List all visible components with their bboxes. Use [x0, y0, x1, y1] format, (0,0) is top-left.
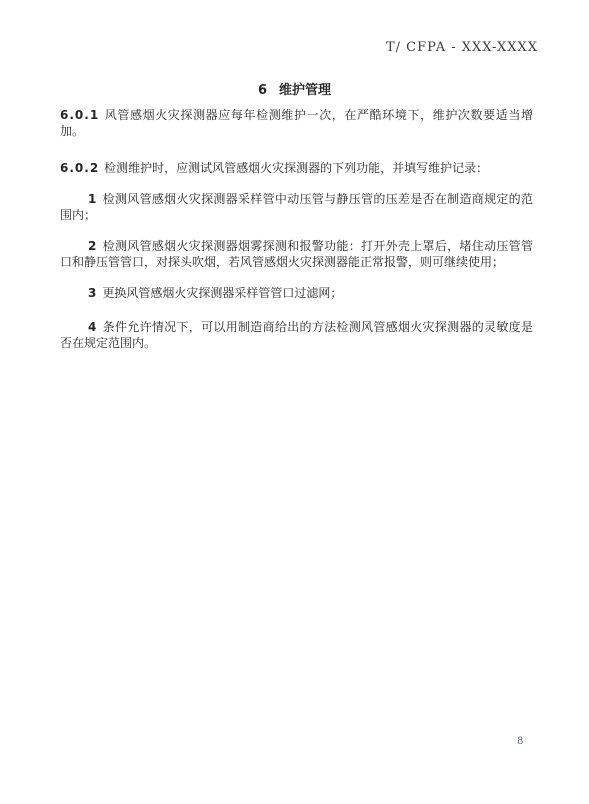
list-item-3: 3更换风管感烟火灾探测器采样管管口过滤网； — [60, 285, 533, 301]
clause-number: 6.0.2 — [60, 161, 104, 175]
section-title-text: 维护管理 — [279, 83, 331, 98]
item-text: 条件允许情况下，可以用制造商给出的方法检测风管感烟火灾探测器的灵敏度是否在规定范… — [60, 320, 533, 350]
clause-6-0-2: 6.0.2检测维护时，应测试风管感烟火灾探测器的下列功能，并填写维护记录： — [60, 160, 533, 176]
section-number: 6 — [258, 83, 267, 98]
clause-number: 6.0.1 — [60, 108, 104, 122]
item-text: 更换风管感烟火灾探测器采样管管口过滤网； — [102, 286, 342, 300]
item-number: 2 — [88, 239, 102, 253]
document-body: 6.0.1风管感烟火灾探测器应每年检测维护一次，在严酷环境下，维护次数要适当增加… — [60, 107, 533, 366]
document-page: T/ CFPA - XXX-XXXX 6维护管理 6.0.1风管感烟火灾探测器应… — [0, 0, 589, 804]
item-text: 检测风管感烟火灾探测器采样管中动压管与静压管的压差是否在制造商规定的范围内； — [60, 192, 533, 222]
clause-6-0-1: 6.0.1风管感烟火灾探测器应每年检测维护一次，在严酷环境下，维护次数要适当增加… — [60, 107, 533, 139]
clause-text: 检测维护时，应测试风管感烟火灾探测器的下列功能，并填写维护记录： — [104, 161, 488, 175]
item-text: 检测风管感烟火灾探测器烟雾探测和报警功能：打开外壳上罩后，堵住动压管管口和静压管… — [60, 239, 533, 269]
item-number: 3 — [88, 286, 102, 300]
document-code-header: T/ CFPA - XXX-XXXX — [386, 40, 538, 55]
item-number: 1 — [88, 192, 102, 206]
page-number: 8 — [517, 736, 523, 747]
list-item-2: 2检测风管感烟火灾探测器烟雾探测和报警功能：打开外壳上罩后，堵住动压管管口和静压… — [60, 238, 533, 270]
clause-text: 风管感烟火灾探测器应每年检测维护一次，在严酷环境下，维护次数要适当增加。 — [60, 108, 533, 138]
section-title: 6维护管理 — [0, 79, 589, 98]
list-item-4: 4条件允许情况下，可以用制造商给出的方法检测风管感烟火灾探测器的灵敏度是否在规定… — [60, 319, 533, 351]
item-number: 4 — [88, 320, 102, 334]
list-item-1: 1检测风管感烟火灾探测器采样管中动压管与静压管的压差是否在制造商规定的范围内； — [60, 191, 533, 223]
